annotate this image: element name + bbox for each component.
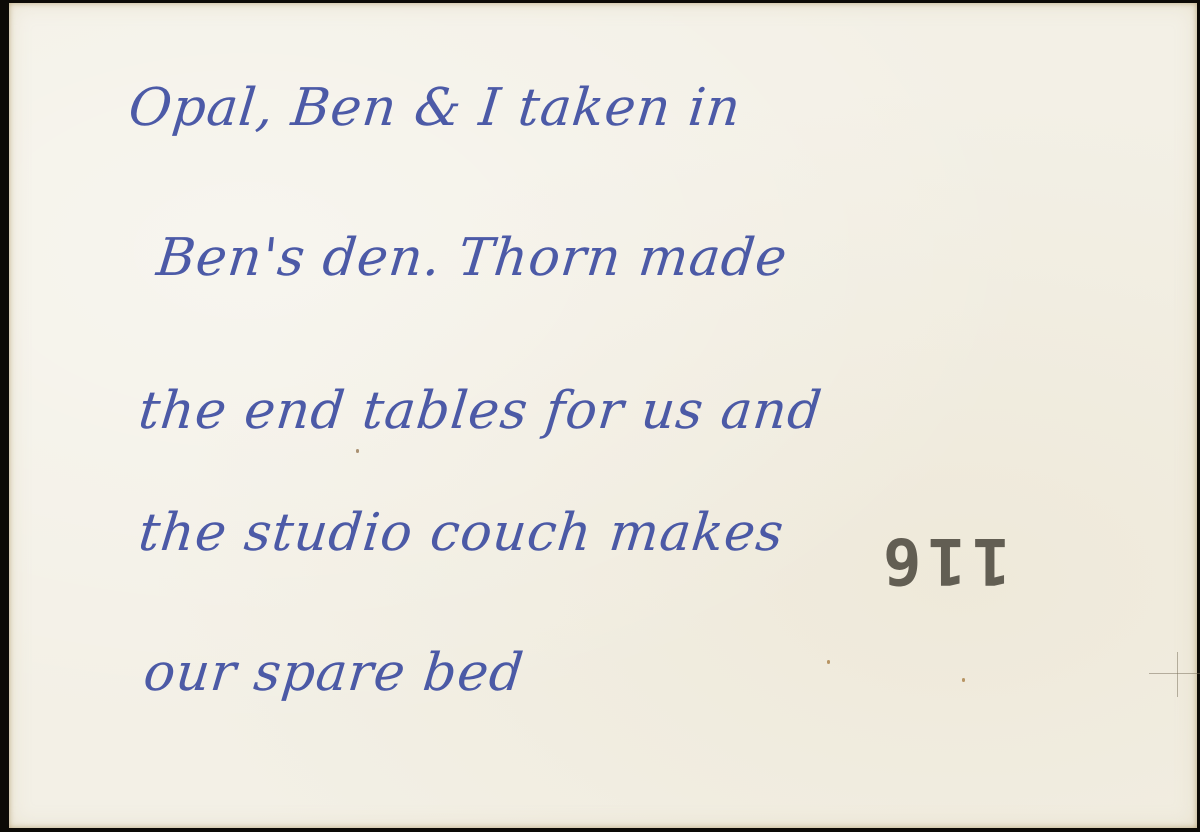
- ink-speck: [962, 678, 965, 682]
- handwritten-line-3: the end tables for us and: [136, 381, 825, 441]
- stamped-number: 116: [877, 523, 1011, 597]
- handwritten-line-2: Ben's den. Thorn made: [154, 228, 791, 288]
- pencil-corner-mark: [1149, 673, 1200, 704]
- note-card: Opal, Ben & I taken in Ben's den. Thorn …: [9, 3, 1197, 828]
- handwritten-line-4: the studio couch makes: [136, 503, 787, 563]
- ink-speck: [827, 660, 830, 664]
- ink-speck: [356, 449, 359, 453]
- handwritten-line-1: Opal, Ben & I taken in: [126, 78, 744, 138]
- handwritten-line-5: our spare bed: [141, 643, 527, 703]
